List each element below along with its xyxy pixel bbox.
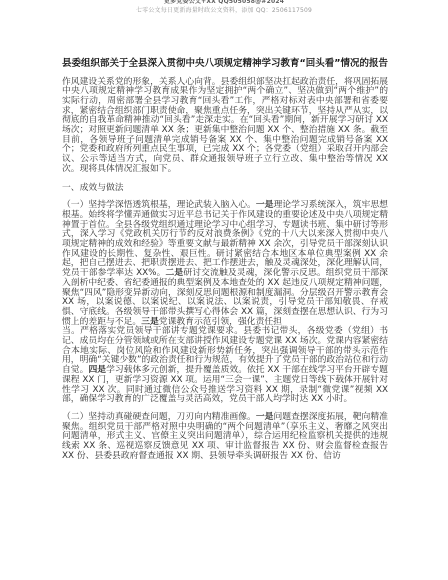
watermark-line-1: 更多党委公文+XX QQ505058@#2024 xyxy=(0,0,448,5)
bold-text-run: 一是 xyxy=(256,200,274,210)
text-run: 学习载体多元创新，提升覆盖质效。依托 XX 干部在线学习平台开辟专题课程 XX … xyxy=(62,365,391,404)
watermark-line-2: 七零公文每日更新海量时政公文资料，添加 QQ：2506117509 xyxy=(0,7,448,14)
text-run: 作风建设关系党的形象，关系人心向背。县委组织部坚决扛起政治责任，将巩固拓展中央八… xyxy=(62,77,391,174)
section-heading: 一、成效与做法 xyxy=(62,184,388,194)
document-page: 更多党委公文+XX QQ505058@#2024 七零公文每日更新海量时政公文资… xyxy=(0,0,448,580)
bold-text-run: 二是 xyxy=(166,268,184,278)
document-content: 县委组织部关于全县深入贯彻中央八项规定精神学习教育“回头看”情况的报告 作风建设… xyxy=(62,58,388,462)
paragraph: 作风建设关系党的形象，关系人心向背。县委组织部坚决扛起政治责任，将巩固拓展中央八… xyxy=(62,78,388,175)
paragraph: （一）坚持学深悟透筑根基，理论武装入脑入心。一是理论学习系统深入，筑牢思想根基。… xyxy=(62,201,388,405)
bold-text-run: 四是 xyxy=(88,365,106,375)
text-run: （一）坚持学深悟透筑根基，理论武装入脑入心。 xyxy=(62,200,256,210)
text-run: （二）坚持动真碰硬查问题，刀刃向内精准画像。 xyxy=(62,412,256,422)
watermark-header: 更多党委公文+XX QQ505058@#2024 七零公文每日更新海量时政公文资… xyxy=(0,0,448,14)
bold-text-run: 一是 xyxy=(256,412,274,422)
text-run: 一、成效与做法 xyxy=(62,183,124,193)
document-title: 县委组织部关于全县深入贯彻中央八项规定精神学习教育“回头看”情况的报告 xyxy=(62,58,388,70)
paragraph: （二）坚持动真碰硬查问题，刀刃向内精准画像。一是问题查摆深度拓展，靶向精准聚焦。… xyxy=(62,413,388,462)
document-body: 作风建设关系党的形象，关系人心向背。县委组织部坚决扛起政治责任，将巩固拓展中央八… xyxy=(62,78,388,462)
text-run: 理论学习系统深入，筑牢思想根基。始终将学懂弄通做实习近平总书记关于作风建设的重要… xyxy=(62,200,388,278)
